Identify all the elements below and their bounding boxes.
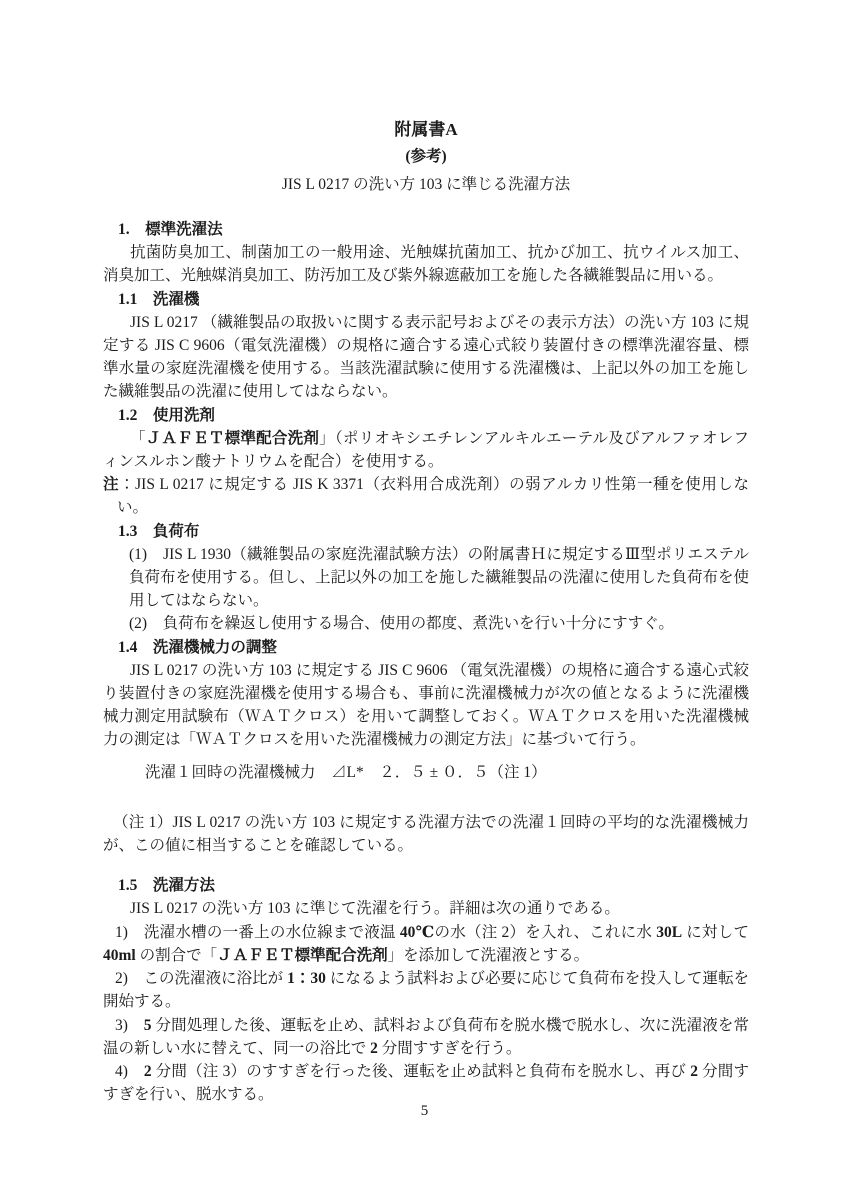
section-1-2-note: 注：JIS L 0217 に規定する JIS K 3371（衣料用合成洗剤）の弱… — [103, 473, 749, 519]
section-1-body: 抗菌防臭加工、制菌加工の一般用途、光触媒抗菌加工、抗かび加工、抗ウイルス加工、消… — [103, 241, 749, 287]
section-1-3-heading: 1.3 負荷布 — [103, 520, 749, 543]
document-page: 附属書A (参考) JIS L 0217 の洗い方 103 に準じる洗濯方法 1… — [0, 0, 849, 1200]
section-1-5-heading: 1.5 洗濯方法 — [103, 874, 749, 897]
wash-step-2: 2) この洗濯液に浴比が 1：30 になるよう試料および必要に応じて負荷布を投入… — [103, 967, 749, 1013]
wash-step-1: 1) 洗濯水槽の一番上の水位線まで液温 40℃の水（注 2）を入れ、これに水 3… — [103, 921, 749, 967]
document-subtitle: JIS L 0217 の洗い方 103 に準じる洗濯方法 — [103, 170, 749, 199]
section-1-4-heading: 1.4 洗濯機械力の調整 — [103, 636, 749, 659]
section-1-5: 1.5 洗濯方法 JIS L 0217 の洗い方 103 に準じて洗濯を行う。詳… — [103, 874, 749, 1106]
document-header: 附属書A (参考) JIS L 0217 の洗い方 103 に準じる洗濯方法 — [103, 116, 749, 199]
section-1-3: 1.3 負荷布 (1) JIS L 1930（繊維製品の家庭洗濯試験方法）の附属… — [103, 520, 749, 636]
section-1-4-note-1: （注 1）JIS L 0217 の洗い方 103 に規定する洗濯方法での洗濯１回… — [103, 811, 749, 857]
section-1-5-intro: JIS L 0217 の洗い方 103 に準じて洗濯を行う。詳細は次の通りである… — [103, 897, 749, 920]
section-1-heading: 1. 標準洗濯法 — [103, 218, 749, 241]
section-1-2-heading: 1.2 使用洗剤 — [103, 404, 749, 427]
section-1-1-heading: 1.1 洗濯機 — [103, 288, 749, 311]
section-1-4: 1.4 洗濯機械力の調整 JIS L 0217 の洗い方 103 に規定する J… — [103, 636, 749, 858]
annex-title: 附属書A — [103, 116, 749, 143]
wash-step-3: 3) 5 分間処理した後、運転を止め、試料および負荷布を脱水機で脱水し、次に洗濯… — [103, 1014, 749, 1060]
section-1-4-body: JIS L 0217 の洗い方 103 に規定する JIS C 9606 （電気… — [103, 659, 749, 752]
mechanical-force-formula: 洗濯１回時の洗濯機械力 ⊿L* ２．５ ± ０．５（注 1） — [103, 761, 749, 784]
page-number: 5 — [0, 1103, 849, 1120]
reference-label: (参考) — [103, 143, 749, 170]
section-1-1-body: JIS L 0217 （繊維製品の取扱いに関する表示記号およびその表示方法）の洗… — [103, 311, 749, 404]
section-1-3-item-1: (1) JIS L 1930（繊維製品の家庭洗濯試験方法）の附属書Ｈに規定するⅢ… — [103, 543, 749, 613]
section-1-3-item-2: (2) 負荷布を繰返し使用する場合、使用の都度、煮洗いを行い十分にすすぐ。 — [103, 612, 749, 635]
section-1-2: 1.2 使用洗剤 「ＪＡＦＥＴ標準配合洗剤」（ポリオキシエチレンアルキルエーテル… — [103, 404, 749, 520]
section-1-1: 1.1 洗濯機 JIS L 0217 （繊維製品の取扱いに関する表示記号およびそ… — [103, 288, 749, 404]
section-1: 1. 標準洗濯法 抗菌防臭加工、制菌加工の一般用途、光触媒抗菌加工、抗かび加工、… — [103, 218, 749, 288]
document-content: 附属書A (参考) JIS L 0217 の洗い方 103 に準じる洗濯方法 1… — [103, 116, 749, 1106]
section-1-2-body: 「ＪＡＦＥＴ標準配合洗剤」（ポリオキシエチレンアルキルエーテル及びアルファオレフ… — [103, 427, 749, 473]
wash-step-4: 4) 2 分間（注 3）のすすぎを行った後、運転を止め試料と負荷布を脱水し、再び… — [103, 1060, 749, 1106]
